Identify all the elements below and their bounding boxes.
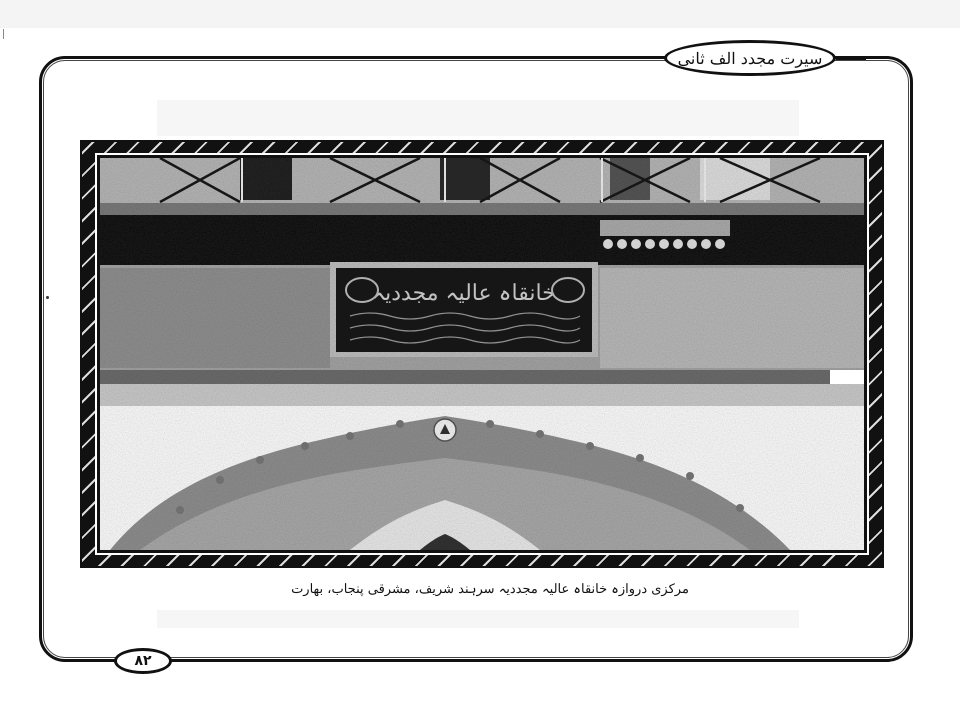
page-number-badge: ۸۲ xyxy=(114,648,172,674)
running-header: سیرت مجدد الف ثانی xyxy=(664,40,836,76)
page-number: ۸۲ xyxy=(134,653,151,669)
scan-top-band xyxy=(0,0,960,28)
scan-speck xyxy=(46,296,49,299)
scan-edge-mark xyxy=(3,29,4,39)
header-rule xyxy=(836,57,866,60)
shade-band-top xyxy=(157,100,799,136)
shade-band-bottom xyxy=(157,610,799,628)
plaque-inscription: خانقاہ عالیہ مجددیہ xyxy=(372,281,556,306)
photo-caption: مرکزی دروازہ خانقاہ عالیہ مجددیہ سرہند ش… xyxy=(290,575,690,605)
running-header-text: سیرت مجدد الف ثانی xyxy=(678,49,823,68)
gateway-photograph: خانقاہ عالیہ مجددیہ xyxy=(100,158,864,550)
